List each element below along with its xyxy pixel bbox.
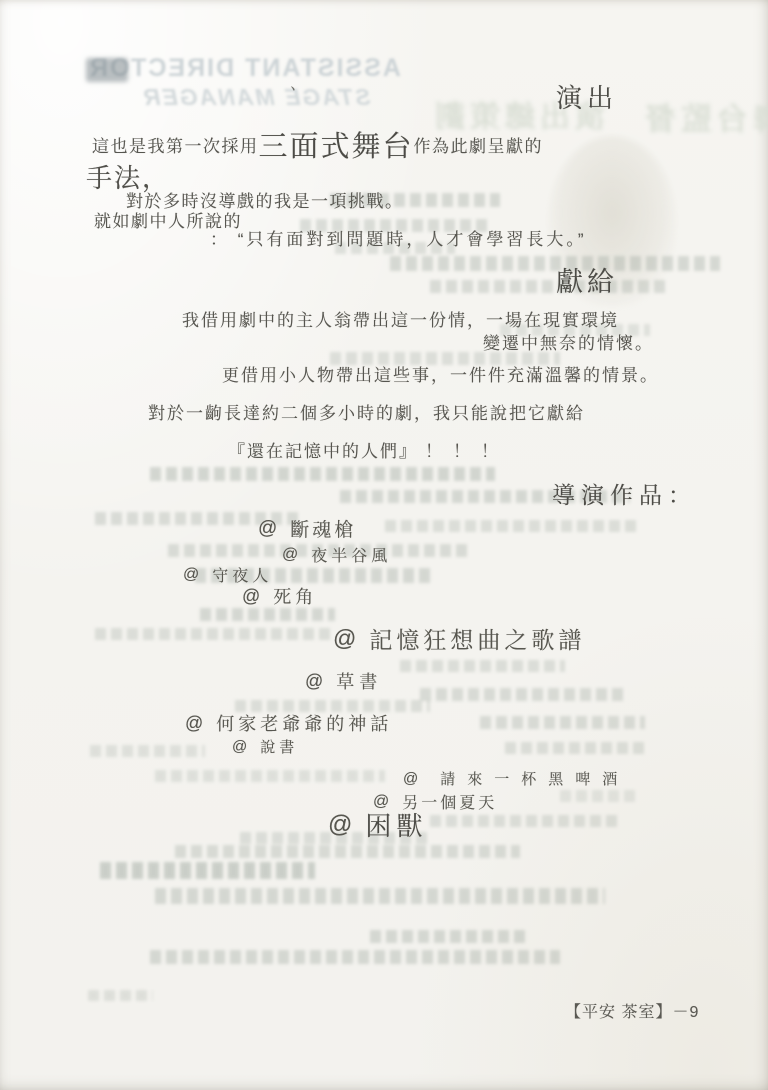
bleed-through-stripe [175,845,520,858]
bleed-english-title-1: ASSISTANT DIRECTOR [88,54,401,83]
intro-line-1-post: 作為此劇呈獻的 [414,132,544,157]
bleed-through-stripe [155,770,385,782]
work-item-caoshu: @草書 [305,668,382,694]
at-marker: @ [232,738,247,755]
bleed-through-stripe [430,280,670,293]
work-item-jiyikuangxiangqu: @記憶狂想曲之歌譜 [333,622,585,655]
at-marker: @ [403,770,418,787]
work-title: 草書 [336,668,382,694]
bleed-through-stripe [100,862,315,879]
intro-line-1-pre: 這也是我第一次採用 [92,132,259,157]
at-marker: @ [242,586,260,607]
at-marker: @ [183,566,199,584]
bleed-english-title-2: STAGE MANAGER [142,84,371,111]
intro-quote-line: ： “只有面對到問題時，人才會學習長大。” [210,225,587,250]
work-item-kunshou: @困獸 [328,806,427,843]
dedication-line-3: 更借用小人物帶出這些事，一件件充滿溫馨的情景。 [222,361,659,386]
at-marker: @ [328,811,352,839]
bleed-through-stripe [150,467,495,481]
work-item-yebangufeng: @夜半谷風 [282,543,391,566]
page-footer: 【平安 茶室】－9 [565,999,699,1022]
work-title: 困獸 [365,806,427,843]
bleed-through-stripe [560,790,640,802]
bleed-through-stripe [95,628,335,640]
at-marker: @ [305,671,323,692]
bleed-through-stripe [370,930,525,943]
at-marker: @ [258,518,277,540]
bleed-through-stripe [150,950,560,964]
work-title: 記憶狂想曲之歌譜 [369,622,585,655]
work-title: 斷魂槍 [290,515,356,542]
dedication-line-2: 變遷中無奈的情懷。 [483,329,654,354]
work-title: 何家老爺爺的神話 [216,710,392,736]
stray-dun-mark: 、 [290,73,308,96]
work-title: 夜半谷風 [311,543,391,566]
bleed-through-stripe [90,745,205,757]
bleed-logo-blob [86,58,128,82]
work-item-sijiao: @死角 [242,583,317,609]
work-item-hejialaoyeye: @何家老爺爺的神話 [185,710,392,736]
intro-line-1-emphasis: 三面式舞台 [259,124,414,165]
bleed-through-stripe [480,716,645,729]
bleed-through-stripe [420,688,625,701]
work-item-shuoshu: @說書 [232,736,298,757]
work-title: 說書 [260,736,298,757]
bleed-through-stripe [385,520,640,532]
dedication-line-1: 我借用劇中的主人翁帶出這一份情，一場在現實環境 [182,306,619,331]
dedication-line-5-title: 『還在記憶中的人們』 [228,442,418,461]
dedication-exclamations: ！！！ [425,442,509,461]
dedication-line-4: 對於一齣長達約二個多小時的劇，我只能說把它獻給 [148,399,585,424]
bleed-through-stripe [400,660,565,672]
dedication-line-5: 『還在記憶中的人們』！！！ [228,437,509,462]
section-heading-performance: 演出 [556,78,618,115]
section-heading-dedication: 獻給 [556,260,618,299]
bleed-through-stripe [505,742,645,754]
work-title: 死角 [273,583,317,609]
section-heading-works: 導演作品： [552,477,697,510]
at-marker: @ [333,625,356,652]
at-marker: @ [282,546,298,564]
scanned-program-page: ASSISTANT DIRECTOR STAGE MANAGER 演出總策劃 舞… [0,0,768,1090]
at-marker: @ [185,713,203,734]
work-item-duanhunqiang: @斷魂槍 [258,515,356,542]
bleed-through-stripe [88,990,153,1001]
bleed-through-stripe [155,888,605,904]
bleed-cjk-title-right: 舞台監督 [640,94,768,139]
bleed-through-stripe [200,608,335,621]
work-item-heipijiu: @請來一杯黑啤酒 [403,768,629,789]
work-title: 請來一杯黑啤酒 [440,768,629,789]
bleed-through-stripe [430,815,620,827]
bleed-through-stripe [390,256,720,271]
